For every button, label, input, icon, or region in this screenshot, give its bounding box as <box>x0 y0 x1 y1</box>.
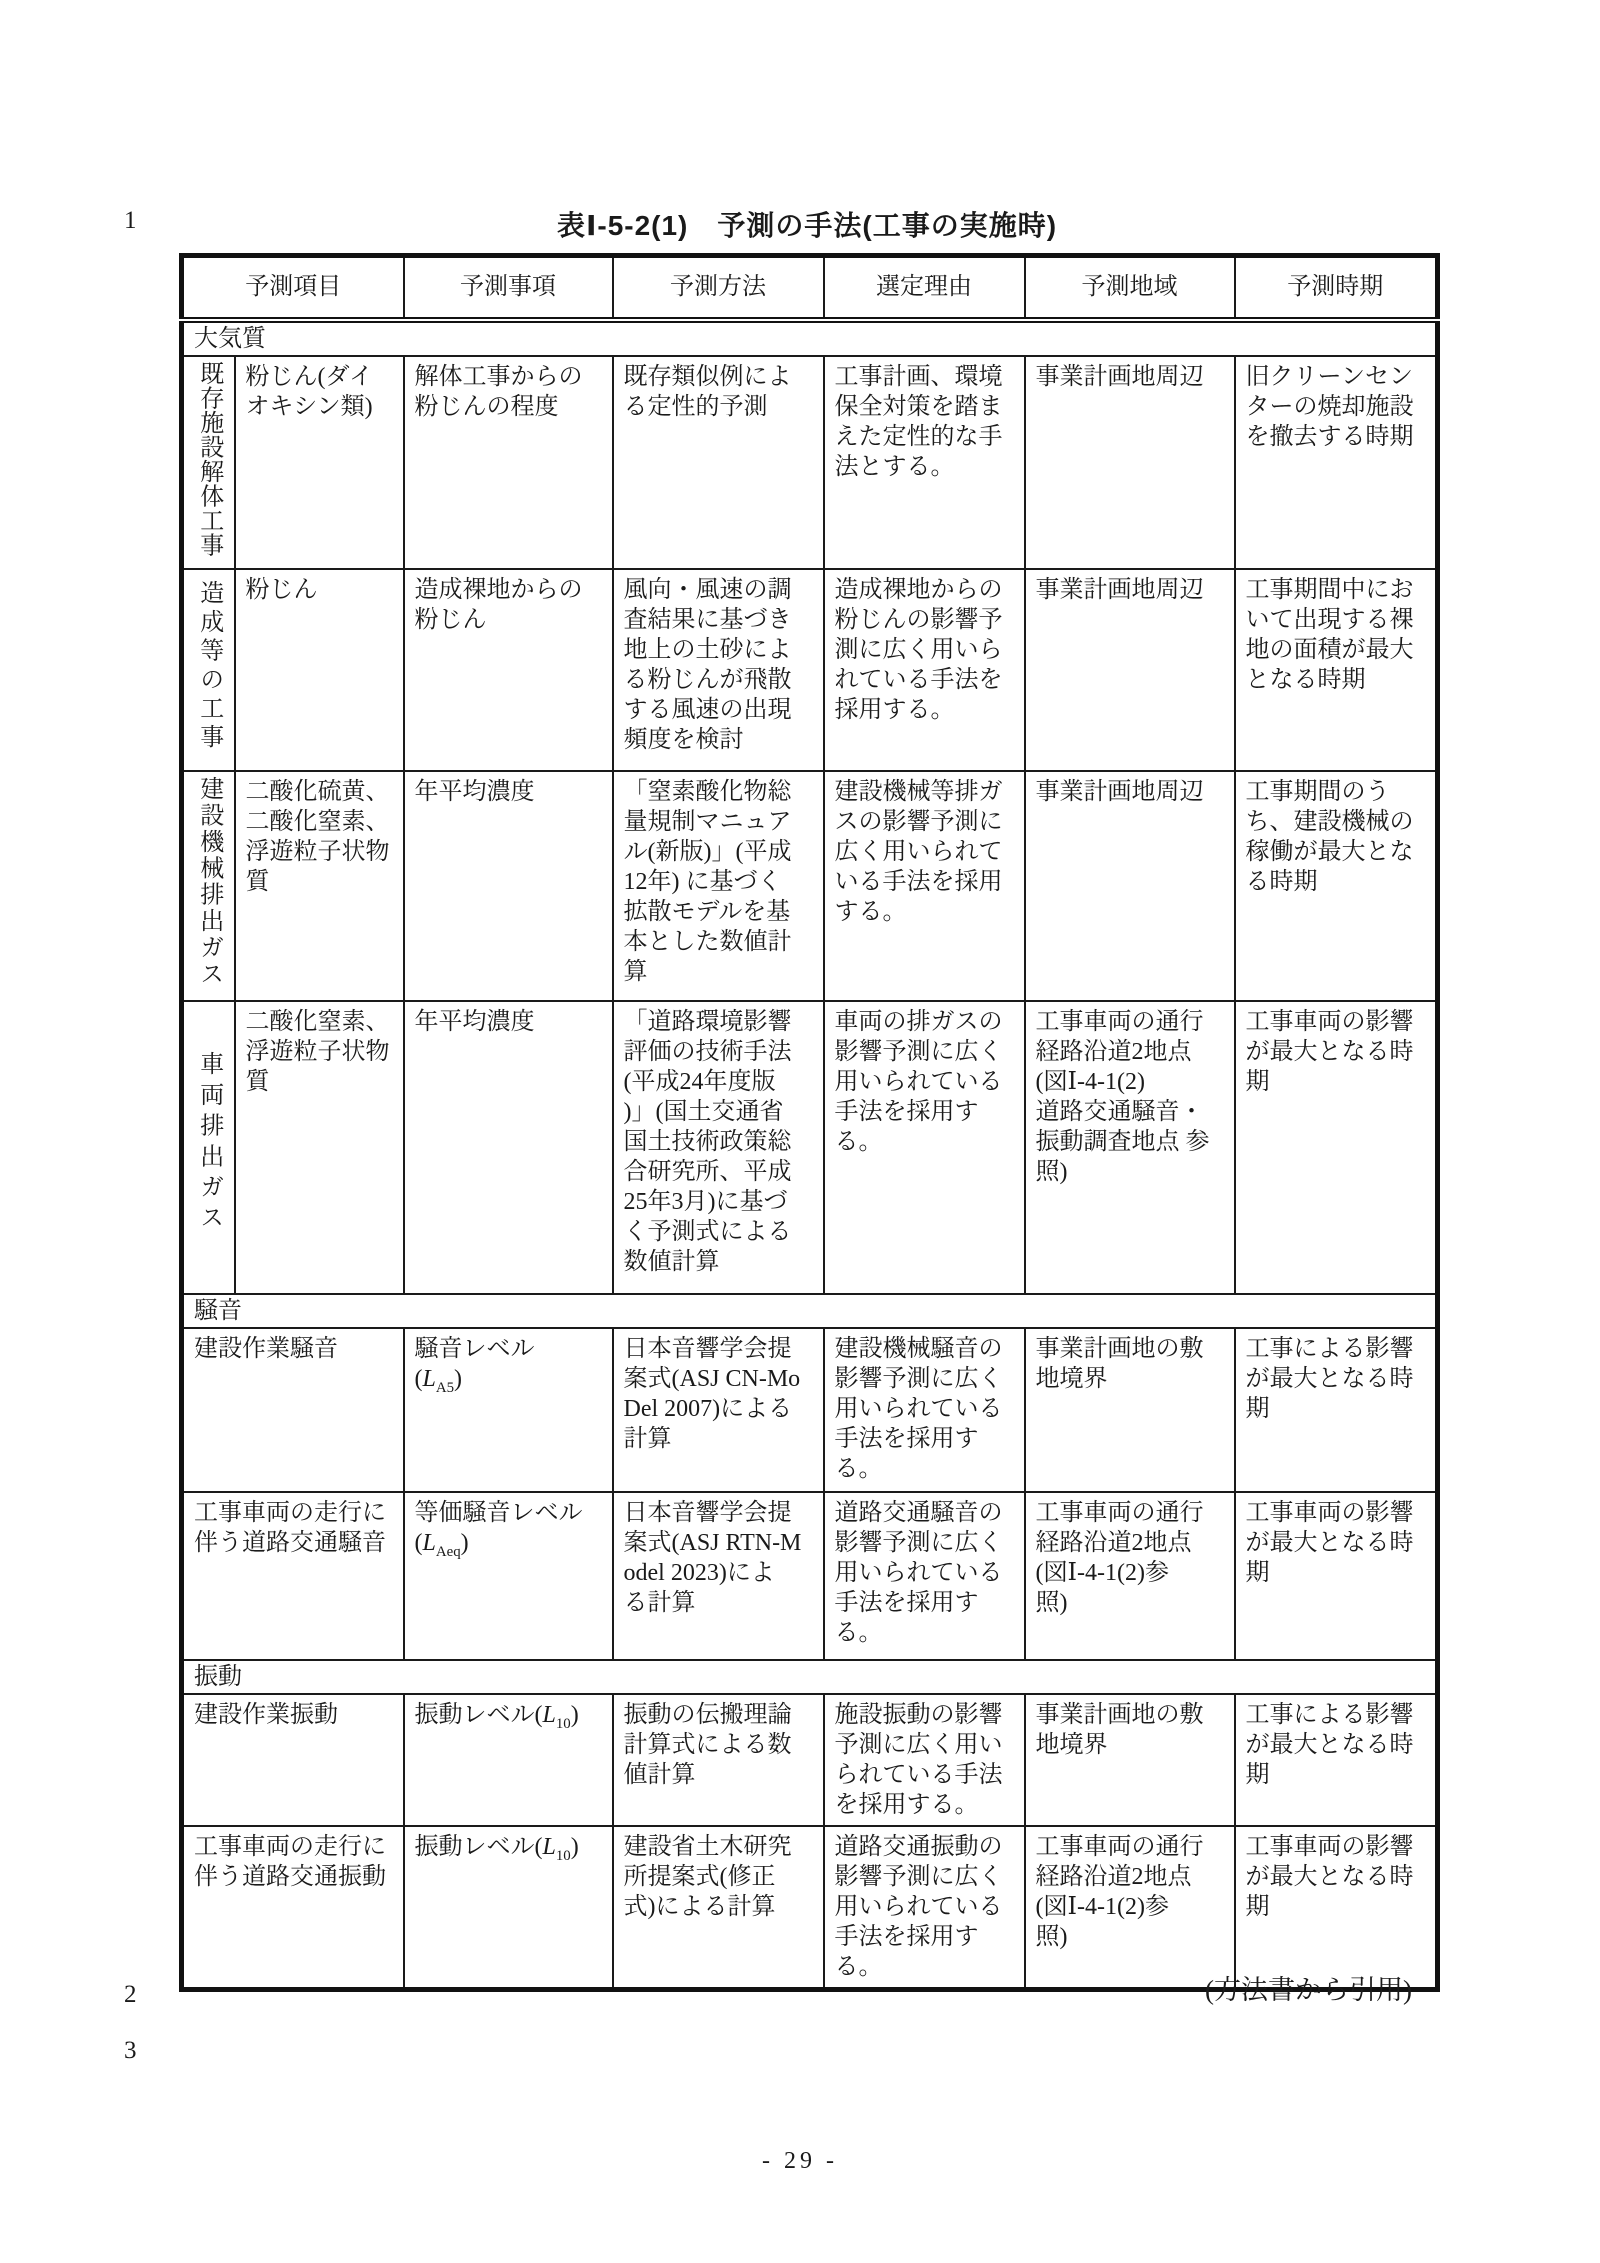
item-cell: 工事車両の走行に 伴う道路交通騒音 <box>182 1492 404 1660</box>
area-cell: 工事車両の通行 経路沿道2地点 (図Ⅰ-4-1(2)参 照) <box>1025 1826 1235 1990</box>
table-row-vehicle-exhaust: 車両排出ガス 二酸化窒素、 浮遊粒子状物 質 年平均濃度 「道路環境影響 評価の… <box>182 1001 1438 1294</box>
period-cell: 工事による影響 が最大となる時 期 <box>1235 1328 1438 1492</box>
level-symbol: L <box>543 1702 556 1728</box>
item-cell: 二酸化窒素、 浮遊粒子状物 質 <box>235 1001 404 1294</box>
method-cell: 「窒素酸化物総 量規制マニュア ル(新版)」(平成 12年) に基づく 拡散モデ… <box>613 771 824 1000</box>
reason-cell: 造成裸地からの 粉じんの影響予 測に広く用いら れている手法を 採用する。 <box>824 569 1025 771</box>
matter-cell: 等価騒音レベル (LAeq) <box>404 1492 613 1660</box>
group-label-cell: 造成等の工事 <box>182 569 235 771</box>
matter-text: ) <box>461 1530 469 1556</box>
line-number-3: 3 <box>124 2038 137 2063</box>
matter-cell: 解体工事からの 粉じんの程度 <box>404 356 613 570</box>
reason-cell: 建設機械騒音の 影響予測に広く 用いられている 手法を採用す る。 <box>824 1328 1025 1492</box>
area-cell: 事業計画地周辺 <box>1025 569 1235 771</box>
header-reason: 選定理由 <box>824 256 1025 320</box>
level-subscript: 10 <box>556 1715 571 1731</box>
area-cell: 工事車両の通行 経路沿道2地点 (図Ⅰ-4-1(2)参 照) <box>1025 1492 1235 1660</box>
matter-cell: 造成裸地からの 粉じん <box>404 569 613 771</box>
reason-cell: 工事計画、環境 保全対策を踏ま えた定性的な手 法とする。 <box>824 356 1025 570</box>
area-cell: 工事車両の通行 経路沿道2地点 (図Ⅰ-4-1(2) 道路交通騒音・ 振動調査地… <box>1025 1001 1235 1294</box>
method-cell: 日本音響学会提 案式(ASJ CN-Mo Del 2007)による 計算 <box>613 1328 824 1492</box>
table-row-machinery-exhaust: 建設機械排出ガス 二酸化硫黄、 二酸化窒素、 浮遊粒子状物 質 年平均濃度 「窒… <box>182 771 1438 1000</box>
matter-text: ) <box>571 1702 579 1728</box>
table-row-earthworks: 造成等の工事 粉じん 造成裸地からの 粉じん 風向・風速の調 査結果に基づき 地… <box>182 569 1438 771</box>
method-cell: 日本音響学会提 案式(ASJ RTN-M odel 2023)によ る計算 <box>613 1492 824 1660</box>
period-cell: 旧クリーンセン ターの焼却施設 を撤去する時期 <box>1235 356 1438 570</box>
level-subscript: A5 <box>436 1379 454 1395</box>
item-cell: 粉じん <box>235 569 404 771</box>
matter-cell: 年平均濃度 <box>404 771 613 1000</box>
item-cell: 二酸化硫黄、 二酸化窒素、 浮遊粒子状物 質 <box>235 771 404 1000</box>
period-cell: 工事期間中にお いて出現する裸 地の面積が最大 となる時期 <box>1235 569 1438 771</box>
matter-cell: 年平均濃度 <box>404 1001 613 1294</box>
table-row-demolition: 既存施設解体工事 粉じん(ダイ オキシン類) 解体工事からの 粉じんの程度 既存… <box>182 356 1438 570</box>
group-label: 造成等の工事 <box>194 580 224 753</box>
reason-cell: 道路交通振動の 影響予測に広く 用いられている 手法を採用す る。 <box>824 1826 1025 1990</box>
item-cell: 建設作業振動 <box>182 1694 404 1826</box>
prediction-methods-table: 予測項目 予測事項 予測方法 選定理由 予測地域 予測時期 大気質 既存施設解体… <box>179 253 1440 1992</box>
group-label: 車両排出ガス <box>194 1051 224 1235</box>
matter-cell: 騒音レベル (LA5) <box>404 1328 613 1492</box>
section-row-air: 大気質 <box>182 320 1438 356</box>
matter-text: ) <box>571 1834 579 1860</box>
period-cell: 工事期間のう ち、建設機械の 稼働が最大とな る時期 <box>1235 771 1438 1000</box>
section-row-noise: 騒音 <box>182 1294 1438 1328</box>
matter-text: ) <box>454 1366 462 1392</box>
method-cell: 振動の伝搬理論 計算式による数 値計算 <box>613 1694 824 1826</box>
section-row-vibration: 振動 <box>182 1660 1438 1694</box>
reason-cell: 車両の排ガスの 影響予測に広く 用いられている 手法を採用す る。 <box>824 1001 1025 1294</box>
level-symbol: L <box>543 1834 556 1860</box>
area-cell: 事業計画地周辺 <box>1025 356 1235 570</box>
method-cell: 「道路環境影響 評価の技術手法 (平成24年度版 )」(国土交通省 国土技術政策… <box>613 1001 824 1294</box>
level-symbol: L <box>423 1366 436 1392</box>
header-area: 予測地域 <box>1025 256 1235 320</box>
line-number-1: 1 <box>124 208 137 233</box>
level-symbol: L <box>423 1530 436 1556</box>
reason-cell: 建設機械等排ガ スの影響予測に 広く用いられて いる手法を採用 する。 <box>824 771 1025 1000</box>
group-label: 建設機械排出ガス <box>194 776 224 987</box>
source-note: (方法書から引用) <box>179 1968 1412 2007</box>
matter-text: 振動レベル( <box>415 1834 543 1860</box>
header-row: 予測項目 予測事項 予測方法 選定理由 予測地域 予測時期 <box>182 256 1438 320</box>
document-page: 1 表Ⅰ-5-2(1) 予測の手法(工事の実施時) 予測項目 予測事項 予測方法… <box>0 0 1600 2263</box>
reason-cell: 道路交通騒音の 影響予測に広く 用いられている 手法を採用す る。 <box>824 1492 1025 1660</box>
table-row-traffic-noise: 工事車両の走行に 伴う道路交通騒音 等価騒音レベル (LAeq) 日本音響学会提… <box>182 1492 1438 1660</box>
area-cell: 事業計画地の敷 地境界 <box>1025 1328 1235 1492</box>
period-cell: 工事車両の影響 が最大となる時 期 <box>1235 1826 1438 1990</box>
area-cell: 事業計画地の敷 地境界 <box>1025 1694 1235 1826</box>
period-cell: 工事による影響 が最大となる時 期 <box>1235 1694 1438 1826</box>
page-number: - 29 - <box>0 2148 1600 2175</box>
matter-cell: 振動レベル(L10) <box>404 1826 613 1990</box>
level-subscript: 10 <box>556 1847 571 1863</box>
header-period: 予測時期 <box>1235 256 1438 320</box>
group-label-cell: 建設機械排出ガス <box>182 771 235 1000</box>
header-matter: 予測事項 <box>404 256 613 320</box>
matter-text: 振動レベル( <box>415 1702 543 1728</box>
level-subscript: Aeq <box>436 1543 461 1559</box>
area-cell: 事業計画地周辺 <box>1025 771 1235 1000</box>
matter-cell: 振動レベル(L10) <box>404 1694 613 1826</box>
item-cell: 粉じん(ダイ オキシン類) <box>235 356 404 570</box>
group-label-cell: 既存施設解体工事 <box>182 356 235 570</box>
header-item: 予測項目 <box>182 256 404 320</box>
table-row-construction-vibration: 建設作業振動 振動レベル(L10) 振動の伝搬理論 計算式による数 値計算 施設… <box>182 1694 1438 1826</box>
table-row-construction-noise: 建設作業騒音 騒音レベル (LA5) 日本音響学会提 案式(ASJ CN-Mo … <box>182 1328 1438 1492</box>
section-label-noise: 騒音 <box>182 1294 1438 1328</box>
method-cell: 既存類似例によ る定性的予測 <box>613 356 824 570</box>
period-cell: 工事車両の影響 が最大となる時 期 <box>1235 1001 1438 1294</box>
group-label: 既存施設解体工事 <box>194 361 224 557</box>
period-cell: 工事車両の影響 が最大となる時 期 <box>1235 1492 1438 1660</box>
item-cell: 建設作業騒音 <box>182 1328 404 1492</box>
table-row-traffic-vibration: 工事車両の走行に 伴う道路交通振動 振動レベル(L10) 建設省土木研究 所提案… <box>182 1826 1438 1990</box>
table-title: 表Ⅰ-5-2(1) 予測の手法(工事の実施時) <box>179 204 1435 244</box>
reason-cell: 施設振動の影響 予測に広く用い られている手法 を採用する。 <box>824 1694 1025 1826</box>
group-label-cell: 車両排出ガス <box>182 1001 235 1294</box>
method-cell: 風向・風速の調 査結果に基づき 地上の土砂によ る粉じんが飛散 する風速の出現 … <box>613 569 824 771</box>
section-label-air: 大気質 <box>182 320 1438 356</box>
header-method: 予測方法 <box>613 256 824 320</box>
method-cell: 建設省土木研究 所提案式(修正 式)による計算 <box>613 1826 824 1990</box>
section-label-vibration: 振動 <box>182 1660 1438 1694</box>
line-number-2: 2 <box>124 1982 137 2007</box>
item-cell: 工事車両の走行に 伴う道路交通振動 <box>182 1826 404 1990</box>
